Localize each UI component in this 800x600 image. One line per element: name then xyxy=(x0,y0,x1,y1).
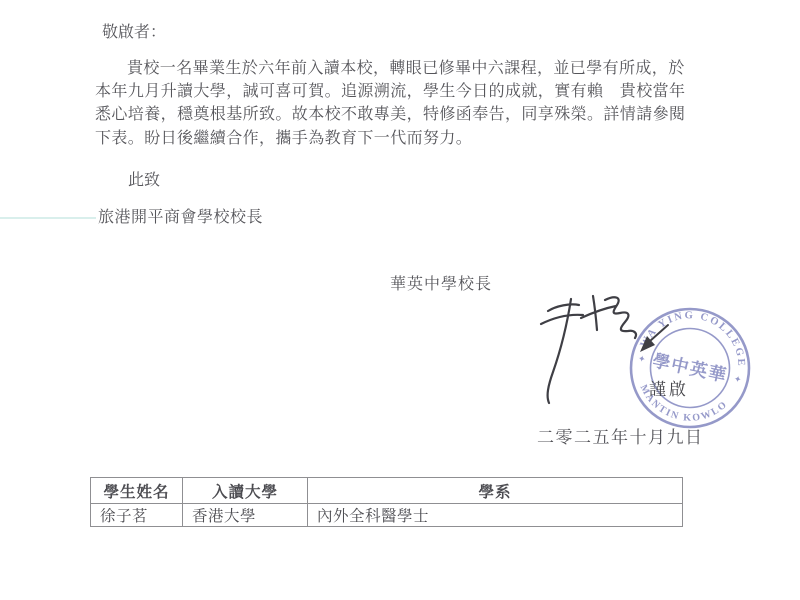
scan-artifact-line xyxy=(0,217,96,219)
cell-faculty: 內外全科醫學士 xyxy=(308,504,683,527)
letter-closing: 此致 xyxy=(128,167,160,190)
stamp-right-ornament-icon: ✦ xyxy=(733,373,743,384)
header-student-name: 學生姓名 xyxy=(91,478,183,504)
body-line-3: 悉心培養，穩奠根基所致。故本校不敢專美，特修函奉告，同享殊榮。詳情請參閱 xyxy=(95,103,717,126)
table-header-row: 學生姓名 入讀大學 學系 xyxy=(91,478,683,504)
body-line-1: 貴校一名畢業生於六年前入讀本校，轉眼已修畢中六課程，並已學有所成，於 xyxy=(95,57,717,80)
header-university: 入讀大學 xyxy=(183,478,308,504)
letter-sender-title: 華英中學校長 xyxy=(390,271,492,294)
cell-student-name: 徐子茗 xyxy=(91,504,183,527)
header-faculty: 學系 xyxy=(308,478,683,504)
letter-salutation: 敬啟者： xyxy=(102,19,166,42)
cell-university: 香港大學 xyxy=(183,504,308,527)
scanned-letter-page: { "letter": { "salutation": "敬啟者：", "bod… xyxy=(0,0,800,600)
body-line-4: 下表。盼日後繼續合作，攜手為教育下一代而努力。 xyxy=(95,127,717,150)
letter-recipient: 旅港開平商會學校校長 xyxy=(98,204,263,227)
body-line-2: 本年九月升讀大學，誠可喜可賀。追源溯流，學生今日的成就，實有賴 貴校當年 xyxy=(95,80,717,103)
letter-body-paragraph: 貴校一名畢業生於六年前入讀本校，轉眼已修畢中六課程，並已學有所成，於 本年九月升… xyxy=(95,57,717,150)
table-row: 徐子茗 香港大學 內外全科醫學士 xyxy=(91,504,683,527)
student-result-table: 學生姓名 入讀大學 學系 徐子茗 香港大學 內外全科醫學士 xyxy=(90,477,683,527)
stamp-left-ornament-icon: ✦ xyxy=(637,353,647,364)
letter-respectfully: 謹啟 xyxy=(649,375,689,400)
signature-and-stamp: WA YING COLLEGE HOMANTIN KOWLOON 學中英華 ✦ … xyxy=(520,283,770,463)
